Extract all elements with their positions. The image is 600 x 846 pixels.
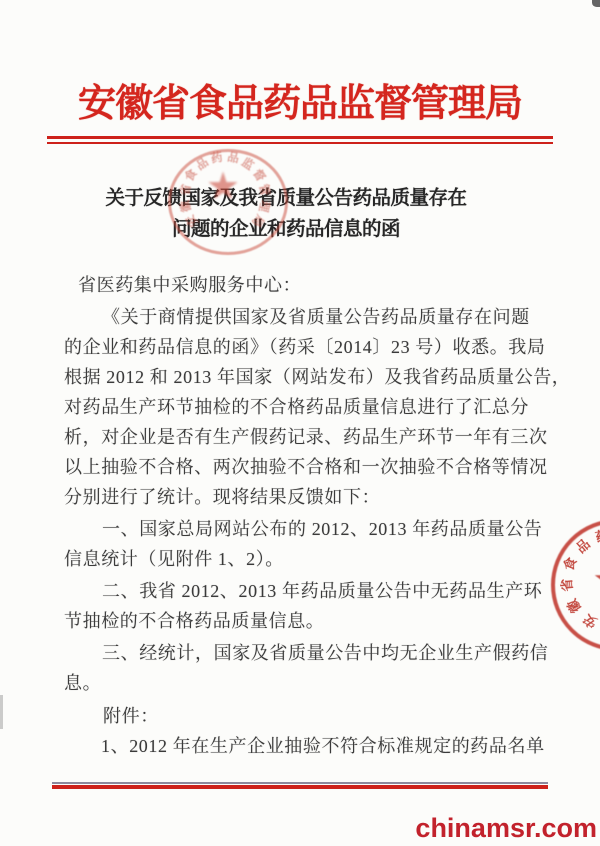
seal-rim-character: 安 xyxy=(581,612,599,630)
official-seal-right-ring xyxy=(551,519,600,651)
seal-rim-character: 监 xyxy=(239,157,255,173)
document-title-line1: 关于反馈国家及我省质量公告药品质量存在 xyxy=(0,183,572,214)
body-line: 息。 xyxy=(64,668,544,698)
watermark-text: chinamsr.com xyxy=(415,813,597,844)
seal-rim-character: 品 xyxy=(195,157,211,173)
footer-rule-dark xyxy=(52,782,548,784)
footer-rule-red xyxy=(52,785,548,789)
body-line: 信息统计（见附件 1、2）。 xyxy=(64,544,544,574)
body-line: 一、国家总局网站公布的 2012、2013 年药品质量公告 xyxy=(64,514,544,544)
seal-rim-character: 品 xyxy=(574,537,592,555)
seal-rim-character: 食 xyxy=(562,555,579,572)
body-line: 《关于商情提供国家及省质量公告药品质量存在问题 xyxy=(64,302,544,332)
seal-rim-character: 省 xyxy=(560,578,574,592)
scanned-document-page: 安徽省食品药品监督管理局 关于反馈国家及我省质量公告药品质量存在 问题的企业和药… xyxy=(0,0,600,846)
document-title-line2: 问题的企业和药品信息的函 xyxy=(0,214,572,245)
body-line: 对药品生产环节抽检的不合格药品质量信息进行了汇总分 xyxy=(64,392,544,422)
seal-rim-character: 药 xyxy=(210,152,224,166)
body-line: 1、2012 年在生产企业抽验不符合标准规定的药品名单 xyxy=(64,731,544,761)
body-line: 的企业和药品信息的函》（药采〔2014〕23 号）收悉。我局 xyxy=(64,332,544,362)
letterhead-agency-name: 安徽省食品药品监督管理局 xyxy=(0,83,600,125)
body-line: 三、经统计，国家及省质量公告中均无企业生产假药信 xyxy=(64,638,544,668)
letterhead-rule-top xyxy=(47,136,553,139)
scan-artifact-edge xyxy=(0,695,3,729)
body-line: 析，对企业是否有生产假药记录、药品生产环节一年有三次 xyxy=(64,422,544,452)
document-title: 关于反馈国家及我省质量公告药品质量存在 问题的企业和药品信息的函 xyxy=(0,183,572,245)
body-line: 分别进行了统计。现将结果反馈如下： xyxy=(64,482,544,512)
body-line: 根据 2012 和 2013 年国家（网站发布）及我省药品质量公告， xyxy=(64,362,544,392)
body-line: 省医药集中采购服务中心： xyxy=(64,270,544,300)
official-seal-right-star-icon: ★ xyxy=(592,560,600,602)
scan-artifact-corner xyxy=(592,0,600,7)
seal-rim-character: 徽 xyxy=(565,597,583,615)
letterhead-rule-bottom xyxy=(47,142,553,144)
body-line: 附件： xyxy=(64,701,544,731)
document-body: 省医药集中采购服务中心：《关于商情提供国家及省质量公告药品质量存在问题的企业和药… xyxy=(64,270,544,761)
body-line: 二、我省 2012、2013 年药品质量公告中无药品生产环 xyxy=(64,576,544,606)
body-line: 以上抽验不合格、两次抽验不合格和一次抽验不合格等情况 xyxy=(64,452,544,482)
seal-rim-character: 品 xyxy=(226,152,240,166)
seal-rim-character: 督 xyxy=(250,168,266,184)
seal-rim-character: 药 xyxy=(594,528,600,544)
seal-rim-character: 食 xyxy=(184,168,200,184)
body-line: 节抽检的不合格药品质量信息。 xyxy=(64,606,544,636)
